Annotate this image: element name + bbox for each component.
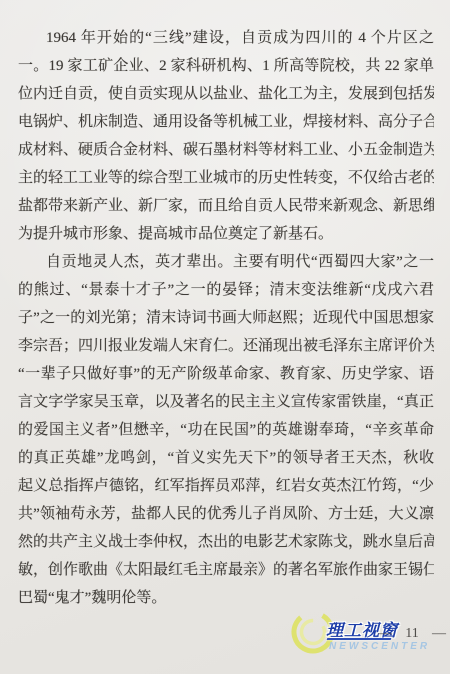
text-line: 的熊过、“景泰十才子”之一的晏铎；清末变法维新“戊戌六君 — [18, 276, 434, 304]
text-line: “一辈子只做好事”的无产阶级革命家、教育家、历史学家、语 — [18, 360, 434, 388]
document-page: 1964 年开始的“三线”建设，自贡成为四川的 4 个片区之一。19 家工矿企业… — [0, 0, 450, 674]
text-line: 1964 年开始的“三线”建设，自贡成为四川的 4 个片区之 — [18, 24, 434, 52]
text-line: 敏，创作歌曲《太阳最红毛主席最亲》的著名军旅作曲家王锡仁， — [18, 556, 434, 584]
text-line: 李宗吾；四川报业发端人宋育仁。还涌现出被毛泽东主席评价为 — [18, 332, 434, 360]
document-body: 1964 年开始的“三线”建设，自贡成为四川的 4 个片区之一。19 家工矿企业… — [18, 24, 434, 612]
page-number-dash-right: — — [432, 626, 446, 642]
page-number: — 11 — — [378, 626, 446, 642]
text-line: 成材料、硬质合金材料、碳石墨材料等材料工业、小五金制造为 — [18, 136, 434, 164]
text-line: 位内迁自贡，使自贡实现从以盐业、盐化工为主，发展到包括发 — [18, 80, 434, 108]
text-line: 的爱国主义者”但懋辛，“功在民国”的英雄谢奉琦，“辛亥革命 — [18, 416, 434, 444]
text-line: 电锅炉、机床制造、通用设备等机械工业，焊接材料、高分子合 — [18, 108, 434, 136]
page-footer: 理工视窗 NEWSCENTER — 11 — — [0, 600, 450, 674]
text-line: 言文字学家吴玉章，以及著名的民主主义宣传家雷铁崖，“真正 — [18, 388, 434, 416]
text-line: 自贡地灵人杰，英才辈出。主要有明代“西蜀四大家”之一 — [18, 248, 434, 276]
page-number-value: 11 — [405, 626, 418, 642]
text-line: 起义总指挥卢德铭，红军指挥员邓萍，红岩女英杰江竹筠，“少 — [18, 472, 434, 500]
text-line: 共”领袖苟永芳，盐都人民的优秀儿子肖凤阶、方士廷，大义凛 — [18, 500, 434, 528]
page-number-dash-left: — — [378, 626, 392, 642]
logo-subtext: NEWSCENTER — [329, 641, 430, 652]
text-line: 一。19 家工矿企业、2 家科研机构、1 所高等院校，共 22 家单 — [18, 52, 434, 80]
text-line: 的真正英雄”龙鸣剑，“首义实先天下”的领导者王天杰，秋收 — [18, 444, 434, 472]
text-line: 主的轻工工业等的综合型工业城市的历史性转变，不仅给古老的 — [18, 164, 434, 192]
text-line: 然的共产主义战士李仲权，杰出的电影艺术家陈戈，跳水皇后高 — [18, 528, 434, 556]
text-line: 为提升城市形象、提高城市品位奠定了新基石。 — [18, 220, 434, 248]
text-line: 盐都带来新产业、新厂家，而且给自贡人民带来新观念、新思维， — [18, 192, 434, 220]
text-line: 子”之一的刘光第；清末诗词书画大师赵熙；近现代中国思想家 — [18, 304, 434, 332]
